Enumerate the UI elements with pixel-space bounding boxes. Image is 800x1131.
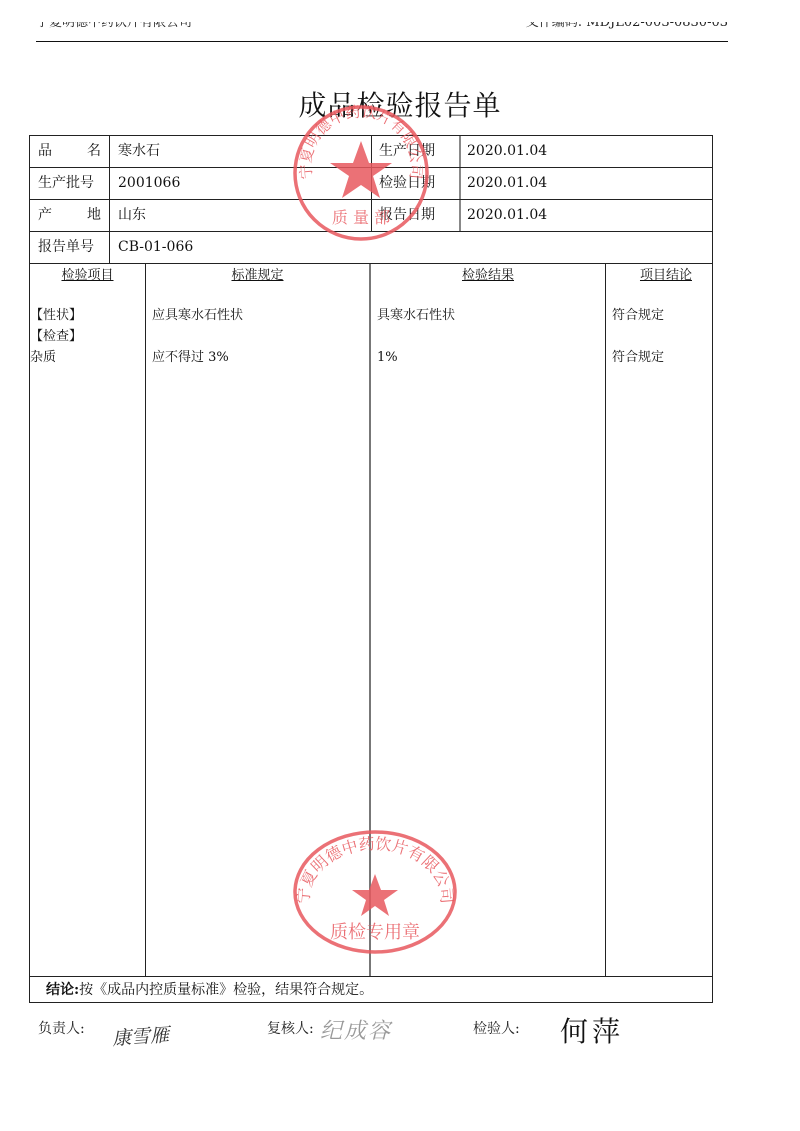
value-report-no: CB-01-066 [110,232,193,263]
inspector-signature: 何萍 [560,1010,624,1050]
cell-item: 杂质 [30,348,56,368]
label-product-name: 品 名 [30,136,110,167]
label-char: 地 [87,200,101,231]
responsible-label: 负责人: [38,1018,85,1038]
label-batch: 生产批号 [30,168,110,199]
header-company: 宁夏明德中药饮片有限公司 [36,22,192,40]
row-batch: 生产批号 2001066 检验日期 2020.01.04 [30,168,712,200]
label-origin: 产 地 [30,200,110,231]
divider [371,136,372,167]
cell-standard: 应不得过 3% [146,348,229,368]
column-result: 检验结果 具寒水石性状 1% [371,264,606,976]
cell-conclusion: 符合规定 [606,348,664,368]
cell-result: 1% [371,348,398,368]
label-inspection-date: 检验日期 [371,168,461,199]
header-doc-code: 文件编码: MDJL02-003-0830-03 [526,22,728,40]
label-report-no: 报告单号 [30,232,110,263]
label-report-date: 报告日期 [371,200,461,231]
report-table: 品 名 寒水石 生产日期 2020.01.04 生产批号 2001066 检验日… [29,135,713,1003]
responsible-signature: 康雪雁 [111,1020,170,1051]
column-header: 检验结果 [371,267,605,285]
cell-result: 具寒水石性状 [371,306,455,326]
cell-conclusion: 符合规定 [606,306,664,326]
row-report-no: 报告单号 CB-01-066 [30,232,712,264]
header-rule [36,41,728,42]
label-char: 产 [38,200,52,231]
cell-standard: 应具寒水石性状 [146,306,243,326]
value-report-date: 2020.01.04 [461,200,547,231]
value-inspection-date: 2020.01.04 [461,168,547,199]
inspector-label: 检验人: [473,1018,520,1038]
value-production-date: 2020.01.04 [461,136,547,167]
value-batch: 2001066 [110,168,180,199]
label-char: 名 [87,136,101,167]
divider [371,200,372,231]
divider [371,168,372,199]
row-product-name: 品 名 寒水石 生产日期 2020.01.04 [30,136,712,168]
conclusion-row: 结论:按《成品内控质量标准》检验，结果符合规定。 [30,976,712,1002]
cell-item: 【性状】 [30,306,82,326]
column-header: 标准规定 [146,267,369,285]
value-origin: 山东 [110,200,146,231]
column-item: 检验项目 【性状】 【检查】 杂质 [30,264,146,976]
reviewer-label: 复核人: [267,1018,314,1038]
column-conclusion: 项目结论 符合规定 符合规定 [606,264,712,976]
label-char: 品 [38,136,52,167]
label-production-date: 生产日期 [371,136,461,167]
conclusion-label: 结论: [46,982,79,998]
cell-item: 【检查】 [30,327,82,347]
page-title: 成品检验报告单 [0,84,800,124]
column-standard: 标准规定 应具寒水石性状 应不得过 3% [146,264,371,976]
reviewer-signature: 纪成容 [320,1014,392,1045]
inspection-columns: 检验项目 【性状】 【检查】 杂质 标准规定 应具寒水石性状 应不得过 3% 检… [30,264,712,976]
conclusion-text: 按《成品内控质量标准》检验，结果符合规定。 [79,982,373,998]
value-product-name: 寒水石 [110,136,160,167]
column-header: 检验项目 [30,267,145,285]
row-origin: 产 地 山东 报告日期 2020.01.04 [30,200,712,232]
column-header: 项目结论 [606,267,712,285]
